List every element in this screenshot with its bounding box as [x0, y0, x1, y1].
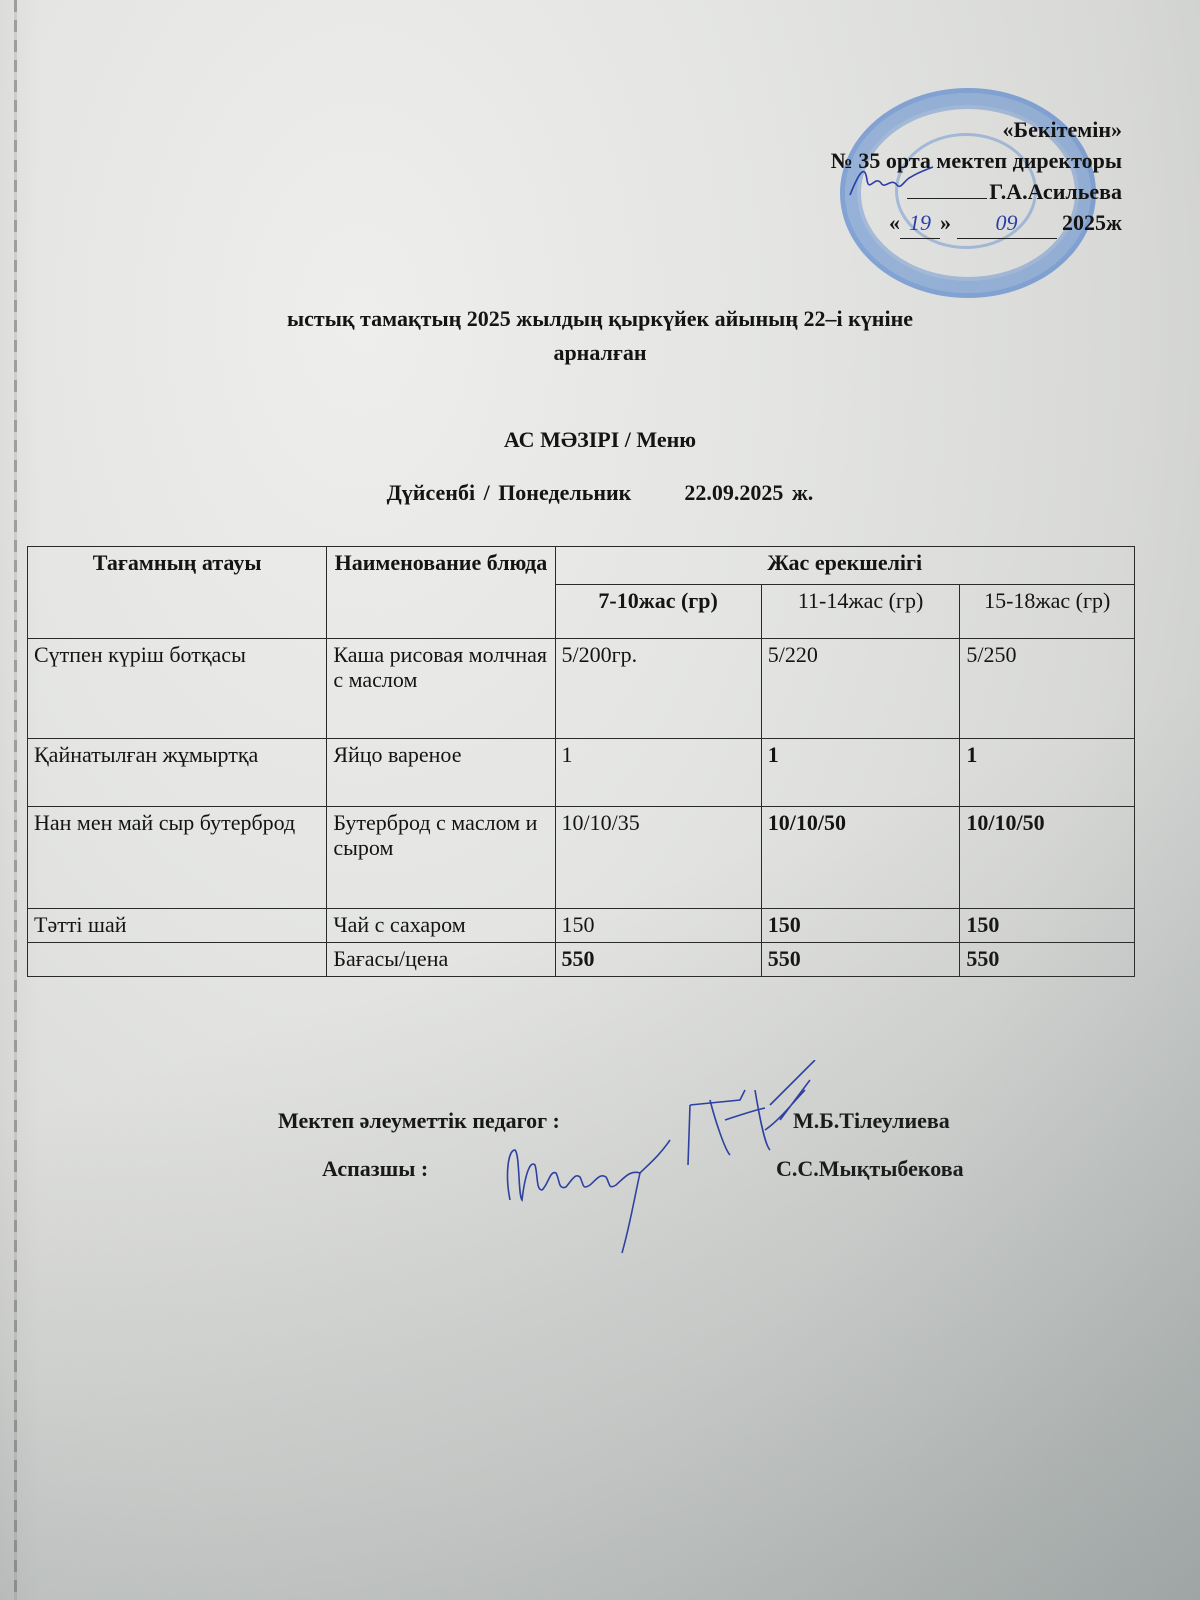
cook-label: Аспазшы :	[322, 1156, 428, 1182]
pedagogue-label: Мектеп әлеуметтік педагог :	[278, 1108, 560, 1134]
portion-15-18: 1	[960, 739, 1135, 807]
quote-close: »	[940, 210, 951, 235]
header-age-7-10: 7-10жас (гр)	[555, 585, 761, 639]
price-11-14: 550	[761, 943, 960, 977]
approval-date-day: 19	[900, 207, 940, 239]
dish-name-kk: Қайнатылған жұмыртқа	[28, 739, 327, 807]
approval-date-month: 09	[957, 207, 1057, 239]
portion-11-14: 10/10/50	[761, 807, 960, 909]
price-label: Бағасы/цена	[327, 943, 555, 977]
dish-name-kk: Сүтпен күріш ботқасы	[28, 639, 327, 739]
portion-15-18: 5/250	[960, 639, 1135, 739]
portion-11-14: 150	[761, 909, 960, 943]
menu-day-date: Дүйсенбі / Понедельник 22.09.2025 ж.	[0, 480, 1200, 506]
quote-open: «	[889, 210, 900, 235]
table-row: Қайнатылған жұмыртқа Яйцо вареное 1 1 1	[28, 739, 1135, 807]
dish-name-ru: Бутерброд с маслом и сыром	[327, 807, 555, 909]
table-row-price: Бағасы/цена 550 550 550	[28, 943, 1135, 977]
cook-signature	[490, 1135, 710, 1255]
portion-15-18: 150	[960, 909, 1135, 943]
portion-7-10: 10/10/35	[555, 807, 761, 909]
portion-11-14: 1	[761, 739, 960, 807]
portion-11-14: 5/220	[761, 639, 960, 739]
pedagogue-name: М.Б.Тілеулиева	[793, 1108, 950, 1134]
approval-date-year: 2025ж	[1062, 210, 1122, 235]
table-row: Нан мен май сыр бутерброд Бутерброд с ма…	[28, 807, 1135, 909]
table-header-row: Тағамның атауы Наименование блюда Жас ер…	[28, 547, 1135, 585]
table-row: Тәтті шай Чай с сахаром 150 150 150	[28, 909, 1135, 943]
menu-title: АС МӘЗІРІ / Меню	[0, 427, 1200, 453]
header-name-ru: Наименование блюда	[327, 547, 555, 639]
approval-heading: «Бекітемін»	[831, 114, 1122, 145]
header-age-11-14: 11-14жас (гр)	[761, 585, 960, 639]
day-kk: Дүйсенбі	[387, 480, 475, 505]
subtitle-line-2: арналған	[0, 336, 1200, 370]
approval-signature-row: Г.А.Асильева	[831, 176, 1122, 207]
header-name-kk: Тағамның атауы	[28, 547, 327, 639]
director-name: Г.А.Асильева	[989, 179, 1122, 204]
price-empty-cell	[28, 943, 327, 977]
paper-fold-edge	[14, 0, 17, 1600]
portion-7-10: 1	[555, 739, 761, 807]
portion-7-10: 5/200гр.	[555, 639, 761, 739]
dish-name-ru: Каша рисовая молчная с маслом	[327, 639, 555, 739]
approval-date-row: «19» 09 2025ж	[831, 207, 1122, 239]
dish-name-kk: Нан мен май сыр бутерброд	[28, 807, 327, 909]
header-age-15-18: 15-18жас (гр)	[960, 585, 1135, 639]
menu-date: 22.09.2025 ж.	[684, 480, 813, 505]
dish-name-ru: Яйцо вареное	[327, 739, 555, 807]
portion-7-10: 150	[555, 909, 761, 943]
table-row: Сүтпен күріш ботқасы Каша рисовая молчна…	[28, 639, 1135, 739]
portion-15-18: 10/10/50	[960, 807, 1135, 909]
dish-name-ru: Чай с сахаром	[327, 909, 555, 943]
day-ru: / Понедельник	[484, 480, 632, 505]
header-age-group: Жас ерекшелігі	[555, 547, 1135, 585]
price-15-18: 550	[960, 943, 1135, 977]
cook-name: С.С.Мықтыбекова	[776, 1156, 964, 1182]
subtitle-line-1: ыстық тамақтың 2025 жылдың қыркүйек айын…	[0, 302, 1200, 336]
approval-position: № 35 орта мектеп директоры	[831, 145, 1122, 176]
menu-table: Тағамның атауы Наименование блюда Жас ер…	[27, 546, 1135, 977]
dish-name-kk: Тәтті шай	[28, 909, 327, 943]
document-subtitle: ыстық тамақтың 2025 жылдың қыркүйек айын…	[0, 302, 1200, 370]
approval-block: «Бекітемін» № 35 орта мектеп директоры Г…	[831, 114, 1122, 239]
price-7-10: 550	[555, 943, 761, 977]
director-signature-line	[907, 178, 987, 199]
